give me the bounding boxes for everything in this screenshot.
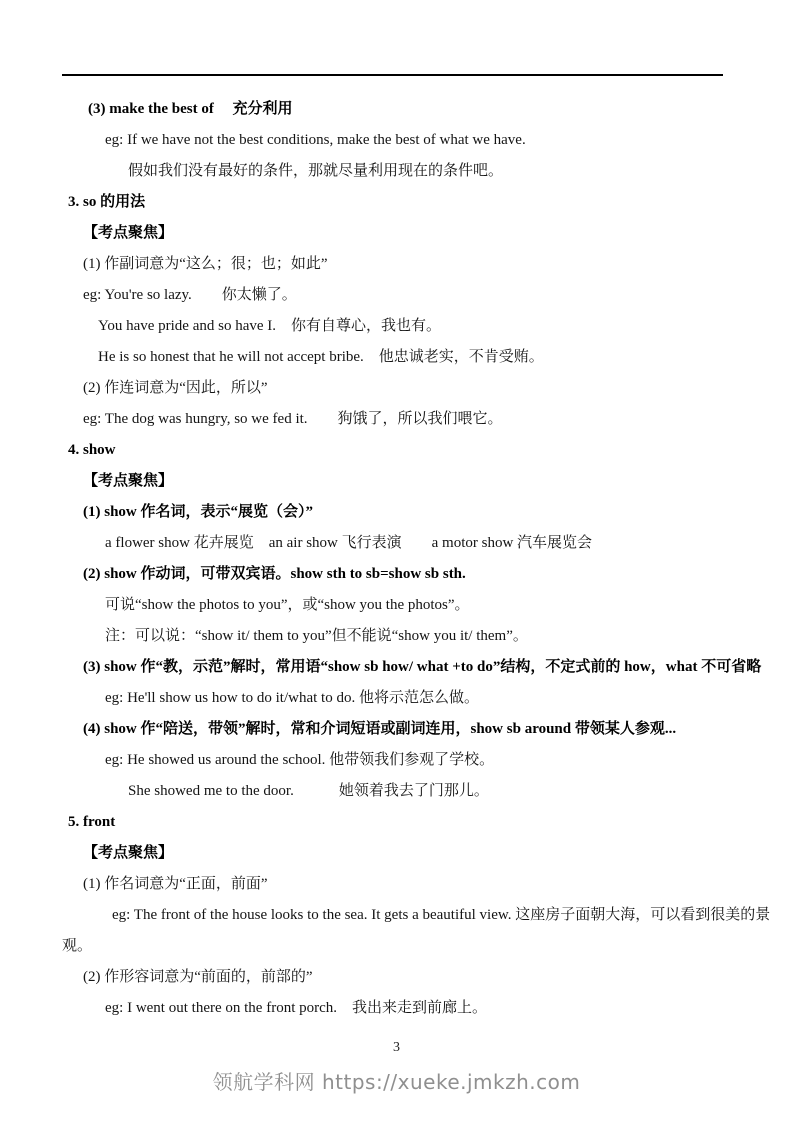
example-sentence: He is so honest that he will not accept … (98, 342, 793, 373)
example-sentence: eg: The dog was hungry, so we fed it. 狗饿… (83, 404, 793, 435)
usage-item-1: (1) 作副词意为“这么；很；也；如此” (83, 249, 793, 280)
focus-heading: 【考点聚焦】 (83, 838, 793, 869)
example-phrases: a flower show 花卉展览 an air show 飞行表演 a mo… (105, 528, 793, 559)
usage-item-2: (2) 作连词意为“因此，所以” (83, 373, 793, 404)
example-sentence-wrap: 观。 (62, 931, 793, 962)
usage-note: 可说“show the photos to you”，或“show you th… (105, 590, 793, 621)
section-3-heading-so: 3. so 的用法 (68, 187, 793, 218)
section-4-heading-show: 4. show (68, 435, 793, 466)
phrase-make-the-best-of: (3) make the best of 充分利用 (88, 94, 793, 125)
example-sentence: She showed me to the door. 她领着我去了门那儿。 (128, 776, 793, 807)
usage-note: 注：可以说：“show it/ them to you”但不能说“show yo… (105, 621, 793, 652)
example-sentence: eg: If we have not the best conditions, … (105, 125, 793, 156)
example-sentence: eg: You're so lazy. 你太懒了。 (83, 280, 793, 311)
usage-item-2: (2) 作形容词意为“前面的，前部的” (83, 962, 793, 993)
example-sentence: eg: He'll show us how to do it/what to d… (105, 683, 793, 714)
document-body: (3) make the best of 充分利用 eg: If we have… (62, 94, 793, 1024)
header-divider-rule (62, 74, 723, 76)
focus-heading: 【考点聚焦】 (83, 466, 793, 497)
usage-item-1: (1) show 作名词，表示“展览（会）” (83, 497, 793, 528)
section-5-heading-front: 5. front (68, 807, 793, 838)
usage-item-4: (4) show 作“陪送，带领”解时，常和介词短语或副词连用，show sb … (83, 714, 793, 745)
example-sentence: eg: He showed us around the school. 他带领我… (105, 745, 793, 776)
example-sentence: eg: I went out there on the front porch.… (105, 993, 793, 1024)
example-sentence: You have pride and so have I. 你有自尊心，我也有。 (98, 311, 793, 342)
watermark-site-text: 领航学科网 https://xueke.jmkzh.com (0, 1067, 793, 1098)
usage-item-3: (3) show 作“教，示范”解时，常用语“show sb how/ what… (83, 652, 793, 683)
page-number: 3 (0, 1032, 793, 1063)
focus-heading: 【考点聚焦】 (83, 218, 793, 249)
example-sentence: eg: The front of the house looks to the … (112, 900, 793, 931)
usage-item-2: (2) show 作动词，可带双宾语。show sth to sb=show s… (83, 559, 793, 590)
example-translation: 假如我们没有最好的条件，那就尽量利用现在的条件吧。 (128, 156, 793, 187)
usage-item-1: (1) 作名词意为“正面，前面” (83, 869, 793, 900)
